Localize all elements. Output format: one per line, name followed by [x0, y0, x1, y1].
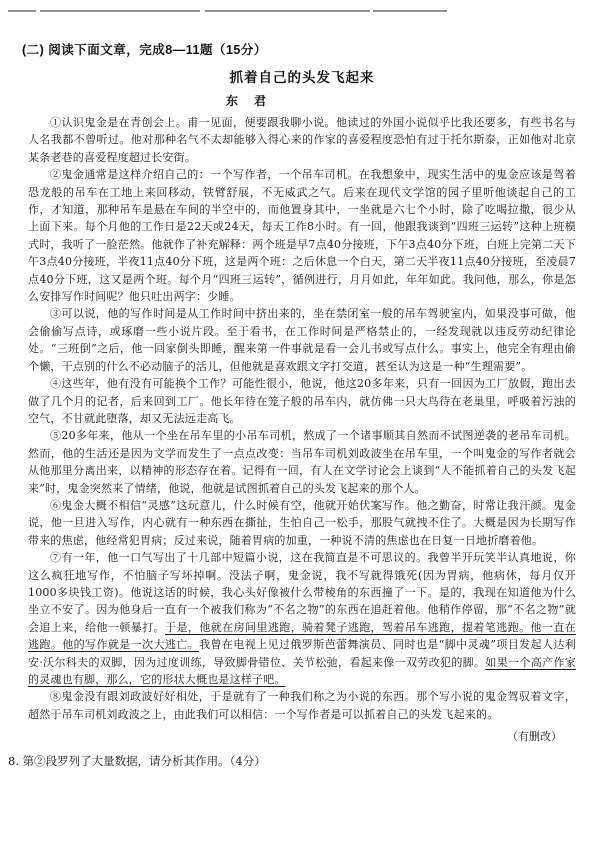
paragraph-text: ③可以说，他的写作时间是从工作时间中挤出来的，坐在禁闭室一般的吊车驾驶室内，如果… — [28, 307, 576, 372]
paragraph-text: ①认识鬼金是在青创会上。甫一见面，便要跟我聊小说。他读过的外国小说似乎比我还要多… — [28, 116, 576, 164]
blank-rule — [8, 10, 36, 12]
article-paragraph: ⑧鬼金没有跟刘政波好好相处，于是就有了一种我们称之为小说的东西。那个写小说的鬼金… — [28, 688, 576, 723]
article-paragraph: ④这些年，他有没有可能换个工作？可能性很小，他说，他这20多年来，只有一回因为工… — [28, 375, 576, 427]
article-paragraph: ⑤20多年来，他从一个坐在吊车里的小吊车司机，熬成了一个诸事顺其自然而不试图逆袭… — [28, 427, 576, 497]
article-body: ①认识鬼金是在青创会上。甫一见面，便要跟我聊小说。他读过的外国小说似乎比我还要多… — [28, 114, 576, 723]
paragraph-text: ④这些年，他有没有可能换个工作？可能性很小，他说，他这20多年来，只有一回因为工… — [28, 377, 576, 425]
article-author: 东 君 — [0, 92, 521, 109]
article-paragraph: ⑥鬼金大概不相信“灵感”这玩意儿，什么时候有空，他就开始伏案写作。他之勤奋，时常… — [28, 497, 576, 549]
paragraph-text: ⑥鬼金大概不相信“灵感”这玩意儿，什么时候有空，他就开始伏案写作。他之勤奋，时常… — [28, 499, 576, 547]
article-paragraph: ①认识鬼金是在青创会上。甫一见面，便要跟我聊小说。他读过的外国小说似乎比我还要多… — [28, 114, 576, 166]
article-paragraph: ⑦有一年，他一口气写出了十几部中短篇小说，这在我简直是不可思议的。我曾半开玩笑半… — [28, 549, 576, 688]
closing-note: （有删改） — [28, 728, 576, 744]
blank-rule — [373, 10, 447, 12]
exam-page: (二) 阅读下面文章，完成8—11题（15分） 抓着自己的头发飞起来 东 君 ①… — [0, 0, 600, 867]
question-8: 8. 第②段罗列了大量数据，请分析其作用。（4分） — [8, 753, 576, 769]
header-ruled-lines — [0, 10, 600, 14]
paragraph-text: ⑤20多年来，他从一个坐在吊车里的小吊车司机，熬成了一个诸事顺其自然而不试图逆袭… — [28, 429, 576, 494]
article-paragraph: ②鬼金通常是这样介绍自己的：一个写作者，一个吊车司机。在我想象中，现实生活中的鬼… — [28, 166, 576, 305]
article-paragraph: ③可以说，他的写作时间是从工作时间中挤出来的，坐在禁闭室一般的吊车驾驶室内，如果… — [28, 305, 576, 375]
paragraph-text: ⑧鬼金没有跟刘政波好好相处，于是就有了一种我们称之为小说的东西。那个写小说的鬼金… — [28, 690, 576, 720]
article-title: 抓着自己的头发飞起来 — [28, 66, 576, 86]
blank-rule — [205, 10, 370, 12]
paragraph-text: ②鬼金通常是这样介绍自己的：一个写作者，一个吊车司机。在我想象中，现实生活中的鬼… — [28, 168, 576, 303]
blank-rule — [40, 10, 200, 12]
section-heading: (二) 阅读下面文章，完成8—11题（15分） — [22, 40, 576, 58]
